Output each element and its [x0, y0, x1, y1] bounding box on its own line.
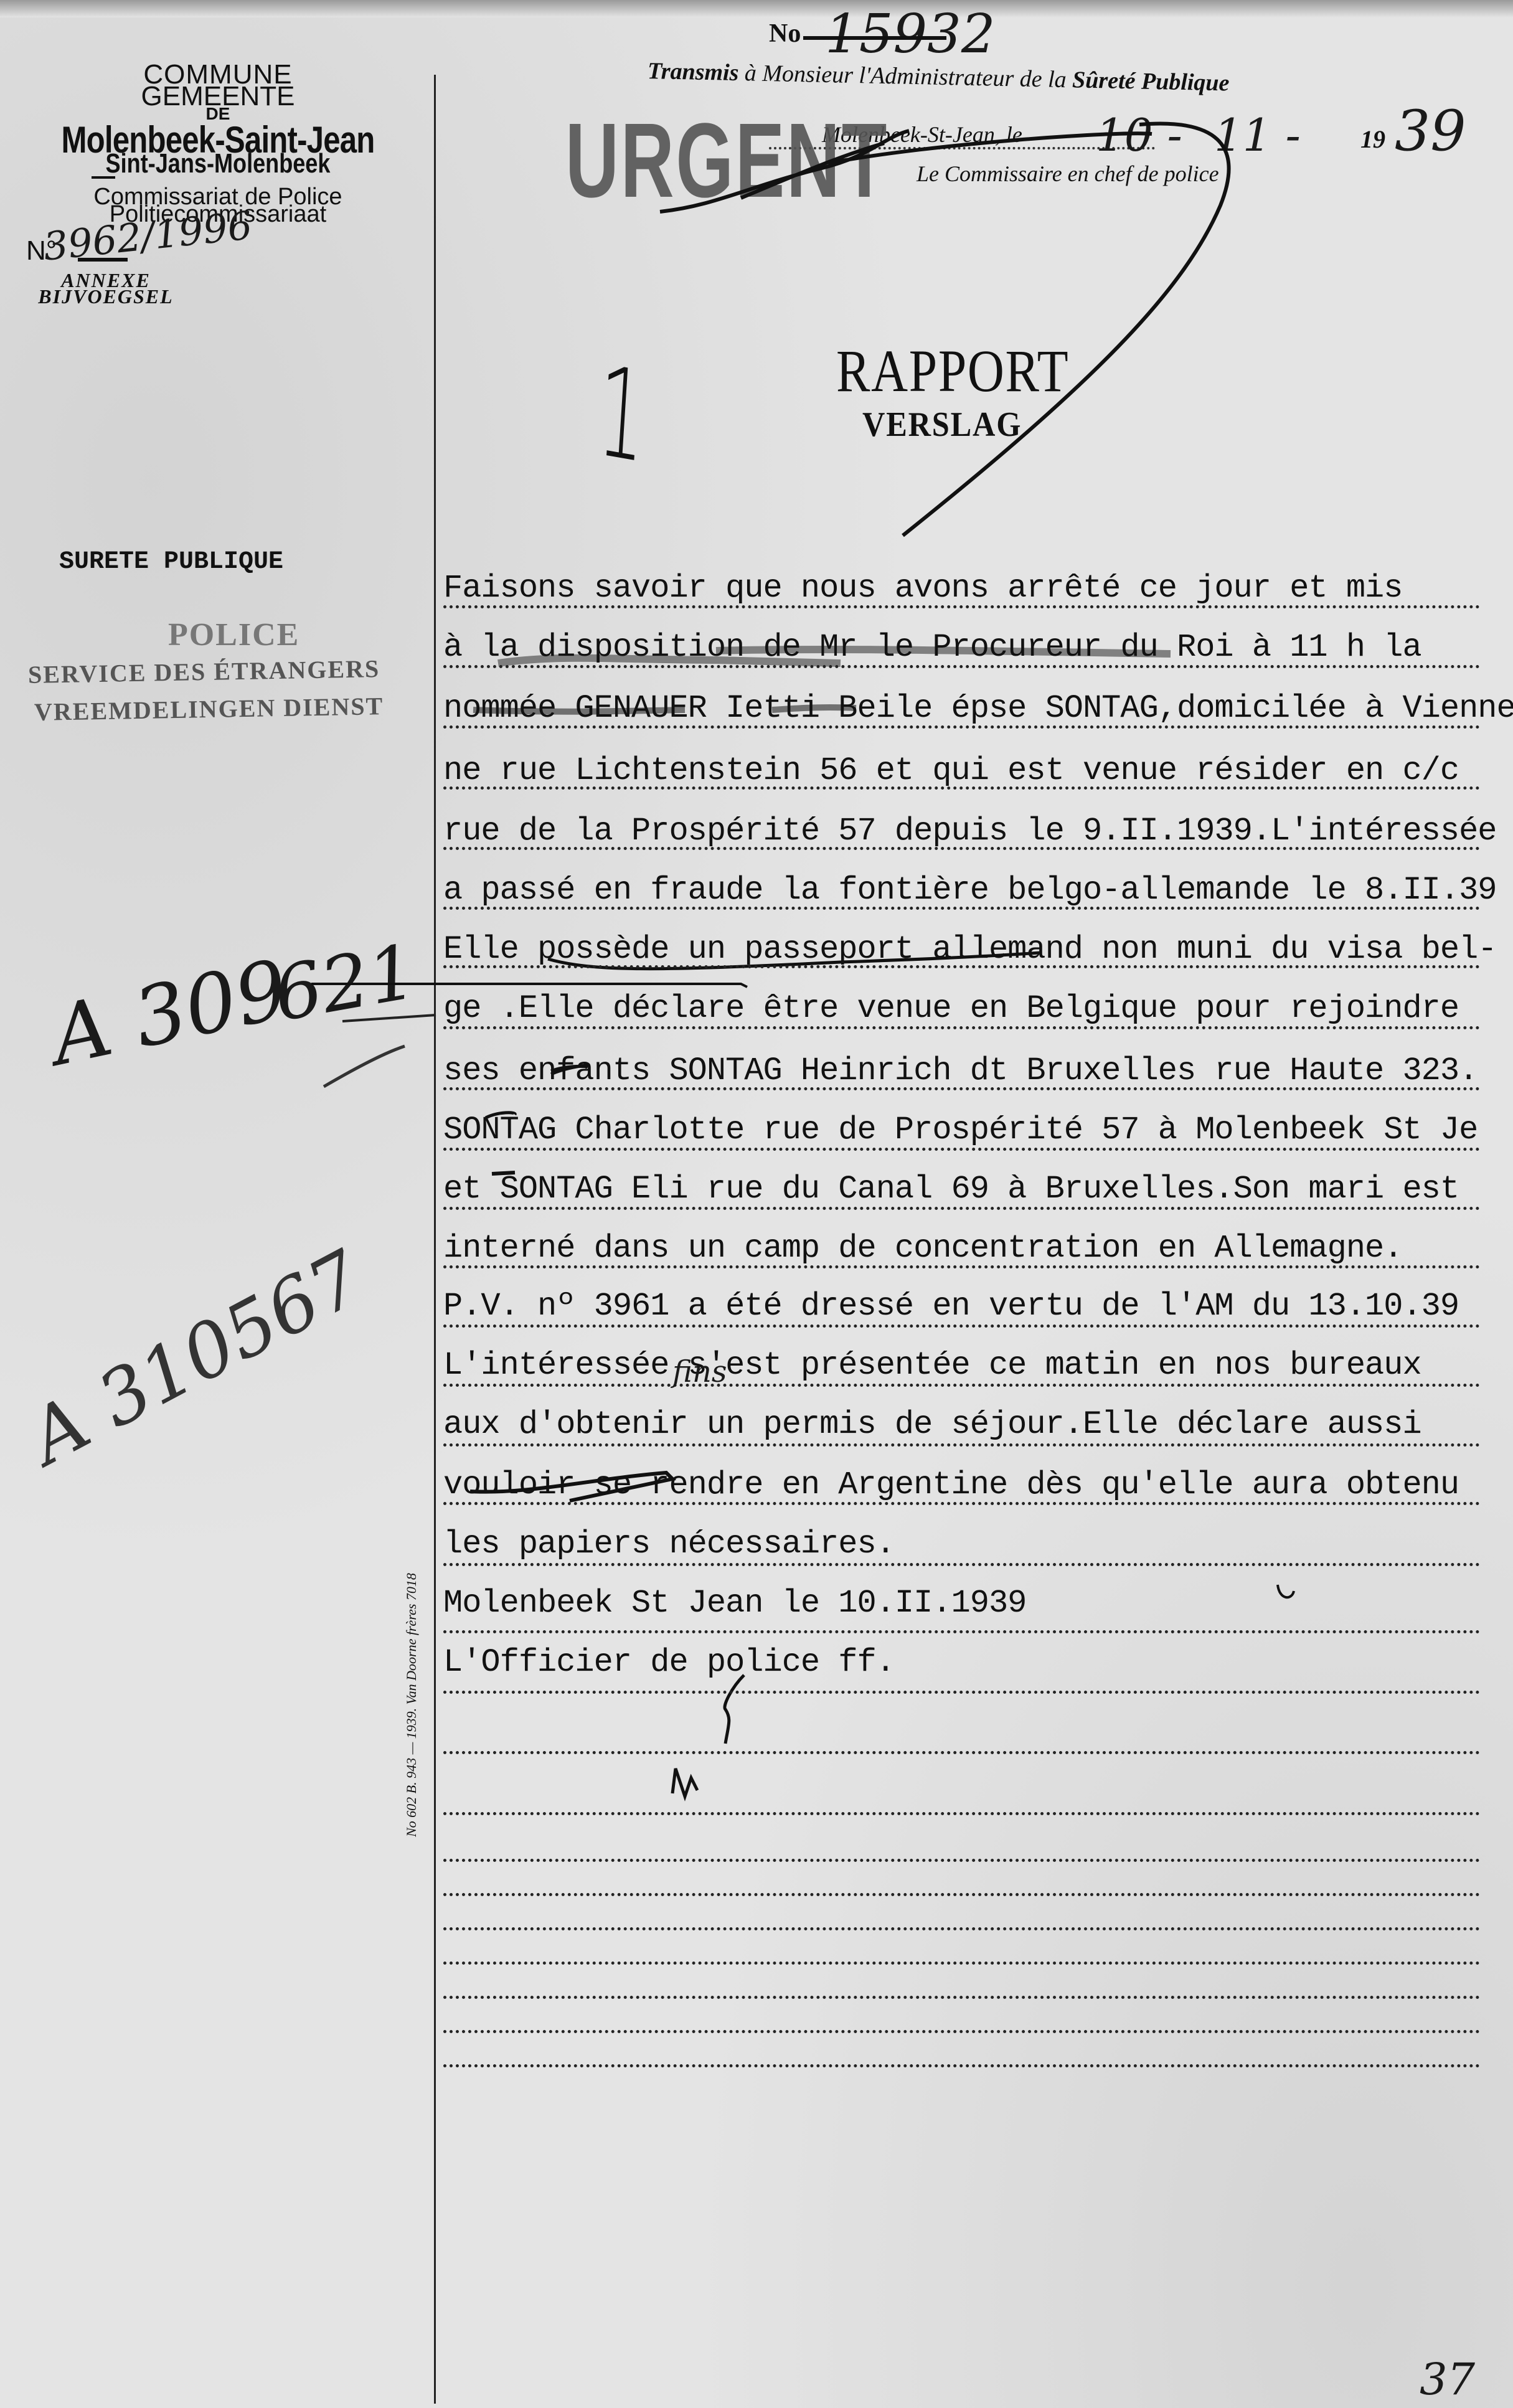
- report-line: Elle possède un passeport allemand non m…: [443, 931, 1480, 968]
- report-line: L'Officier de police ff.: [443, 1644, 1480, 1681]
- dotted-rule: [443, 1265, 1480, 1268]
- dotted-rule: [443, 847, 1480, 850]
- report-line: L'intéressée s'est présentée ce matin en…: [443, 1347, 1480, 1384]
- dotted-rule: [443, 2030, 1480, 2033]
- report-line: à la disposition de Mr le Procureur du R…: [443, 629, 1480, 666]
- dotted-rule: [443, 786, 1480, 790]
- dotted-rule: [443, 725, 1480, 729]
- dotted-rule: [443, 1751, 1480, 1754]
- dotted-rule: [443, 1893, 1480, 1896]
- chief-signature-icon: [660, 124, 1229, 536]
- dotted-rule: [443, 965, 1480, 968]
- dotted-rule: [443, 1630, 1480, 1633]
- dotted-rule: [443, 1859, 1480, 1862]
- report-line: P.V. nº 3961 a été dressé en vertu de l'…: [443, 1288, 1480, 1324]
- report-line: SONTAG Charlotte rue de Prospérité 57 à …: [443, 1112, 1480, 1148]
- dotted-rule: [443, 1962, 1480, 1965]
- dotted-rule: [443, 1443, 1480, 1447]
- report-line: interné dans un camp de concentration en…: [443, 1230, 1480, 1267]
- dotted-rule: [443, 1502, 1480, 1505]
- dotted-rule: [443, 2064, 1480, 2067]
- report-line: vouloir se rendre en Argentine dès qu'el…: [443, 1466, 1480, 1503]
- report-line: ses enfants SONTAG Heinrich dt Bruxelles…: [443, 1052, 1480, 1089]
- dotted-rule: [443, 1996, 1480, 1999]
- dotted-rule: [443, 1026, 1480, 1029]
- dotted-rule: [443, 665, 1480, 668]
- dotted-rule: [443, 1148, 1480, 1151]
- report-line: ne rue Lichtenstein 56 et qui est venue …: [443, 752, 1480, 789]
- dotted-rule: [443, 1207, 1480, 1210]
- report-line: les papiers nécessaires.: [443, 1526, 1480, 1562]
- dotted-rule: [443, 1384, 1480, 1387]
- report-line: aux d'obtenir un permis de séjour.Elle d…: [443, 1406, 1480, 1443]
- report-line: a passé en fraude la fontière belgo-alle…: [443, 872, 1480, 909]
- report-line: Molenbeek St Jean le 10.II.1939: [443, 1585, 1480, 1622]
- handwritten-insertion: fins: [672, 1354, 727, 1389]
- dotted-rule: [443, 605, 1480, 608]
- dotted-rule: [443, 1812, 1480, 1815]
- dotted-rule: [443, 1563, 1480, 1566]
- report-line: rue de la Prospérité 57 depuis le 9.II.1…: [443, 813, 1480, 849]
- dotted-rule: [443, 1691, 1480, 1694]
- report-line: nommée GENAUER Ietti Beile épse SONTAG,d…: [443, 690, 1480, 727]
- report-line: ge .Elle déclare être venue en Belgique …: [443, 990, 1480, 1027]
- dotted-rule: [443, 907, 1480, 910]
- report-line: Faisons savoir que nous avons arrêté ce …: [443, 570, 1480, 607]
- dotted-rule: [443, 1324, 1480, 1328]
- report-line: et SONTAG Eli rue du Canal 69 à Bruxelle…: [443, 1171, 1480, 1207]
- dotted-rule: [443, 1927, 1480, 1930]
- dotted-rule: [443, 1087, 1480, 1090]
